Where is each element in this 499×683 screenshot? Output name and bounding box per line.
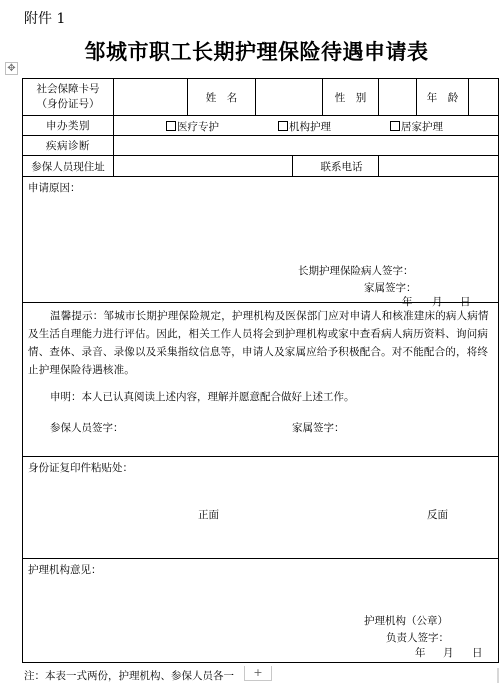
name-field[interactable] <box>256 79 323 116</box>
row-basic-info: 社会保障卡号 （身份证号） 姓 名 性 别 年 龄 <box>23 79 499 116</box>
row-reason: 申请原因： 长期护理保险病人签字： 家属签字： 年 月 日 <box>23 177 499 303</box>
insured-sign-label: 参保人员签字： <box>50 420 124 435</box>
family-sign-label: 家属签字： <box>364 280 417 295</box>
name-label: 姓 名 <box>188 79 256 116</box>
option-medical-care-label: 医疗专护 <box>177 121 219 133</box>
age-label: 年 龄 <box>417 79 469 116</box>
checkbox-home-care[interactable] <box>390 121 400 131</box>
diagnosis-label: 疾病诊断 <box>23 136 114 156</box>
ss-card-field[interactable] <box>114 79 188 116</box>
reason-label: 申请原因： <box>28 180 81 195</box>
notice-family-sign-label: 家属签字： <box>292 420 345 435</box>
option-institution-care[interactable]: 机构护理 <box>278 119 331 134</box>
row-category: 申办类别 医疗专护 机构护理 居家护理 <box>23 116 499 136</box>
row-id-copy: 身份证复印件粘贴处： 正面 反面 <box>23 457 499 559</box>
phone-label: 联系电话 <box>293 156 379 177</box>
option-medical-care[interactable]: 医疗专护 <box>166 119 219 134</box>
row-diagnosis: 疾病诊断 <box>23 136 499 156</box>
add-row-button[interactable]: + <box>244 666 272 681</box>
ss-card-label-line2: （身份证号） <box>23 97 113 112</box>
reason-section[interactable]: 申请原因： 长期护理保险病人签字： 家属签字： 年 月 日 <box>23 177 499 303</box>
application-form-table: 社会保障卡号 （身份证号） 姓 名 性 别 年 龄 申办类别 医疗专护 机构护理… <box>22 78 499 663</box>
notice-section: 温馨提示：邹城市长期护理保险规定，护理机构及医保部门应对申请人和核准建床的病人病… <box>23 303 499 457</box>
checkbox-institution-care[interactable] <box>278 121 288 131</box>
checkbox-medical-care[interactable] <box>166 121 176 131</box>
id-front-label: 正面 <box>198 507 219 522</box>
notice-text: 温馨提示：邹城市长期护理保险规定，护理机构及医保部门应对申请人和核准建床的病人病… <box>28 307 492 379</box>
opinion-date-day: 日 <box>472 645 483 660</box>
gender-field[interactable] <box>379 79 417 116</box>
declaration-text: 申明：本人已认真阅读上述内容，理解并愿意配合做好上述工作。 <box>50 389 355 404</box>
id-copy-label: 身份证复印件粘贴处： <box>28 460 133 475</box>
opinion-section[interactable]: 护理机构意见： 护理机构（公章） 负责人签字： 年 月 日 <box>23 559 499 663</box>
opinion-date-month: 月 <box>443 645 454 660</box>
id-back-label: 反面 <box>427 507 448 522</box>
address-label: 参保人员现住址 <box>23 156 114 177</box>
table-move-handle-icon[interactable]: ✥ <box>5 62 18 75</box>
row-address: 参保人员现住址 联系电话 <box>23 156 499 177</box>
ss-card-label-line1: 社会保障卡号 <box>23 82 113 97</box>
gender-label: 性 别 <box>323 79 379 116</box>
row-notice: 温馨提示：邹城市长期护理保险规定，护理机构及医保部门应对申请人和核准建床的病人病… <box>23 303 499 457</box>
form-title: 邹城市职工长期护理保险待遇申请表 <box>0 36 499 66</box>
category-label: 申办类别 <box>23 116 114 136</box>
footer-note: 注：本表一式两份，护理机构、参保人员各一 <box>24 668 234 683</box>
address-field[interactable] <box>114 156 293 177</box>
option-home-care-label: 居家护理 <box>401 121 443 133</box>
patient-sign-label: 长期护理保险病人签字： <box>298 263 414 278</box>
phone-field[interactable] <box>379 156 499 177</box>
opinion-label: 护理机构意见： <box>28 562 102 577</box>
option-institution-care-label: 机构护理 <box>289 121 331 133</box>
id-copy-section[interactable]: 身份证复印件粘贴处： 正面 反面 <box>23 457 499 559</box>
seal-label: 护理机构（公章） <box>364 613 448 628</box>
row-opinion: 护理机构意见： 护理机构（公章） 负责人签字： 年 月 日 <box>23 559 499 663</box>
responsible-sign-label: 负责人签字： <box>386 630 449 645</box>
option-home-care[interactable]: 居家护理 <box>390 119 443 134</box>
opinion-date-year: 年 <box>415 645 426 660</box>
age-field[interactable] <box>469 79 499 116</box>
attachment-label: 附件 1 <box>24 8 65 28</box>
diagnosis-field[interactable] <box>114 136 499 156</box>
category-options: 医疗专护 机构护理 居家护理 <box>114 116 499 136</box>
ss-card-label: 社会保障卡号 （身份证号） <box>23 79 114 116</box>
